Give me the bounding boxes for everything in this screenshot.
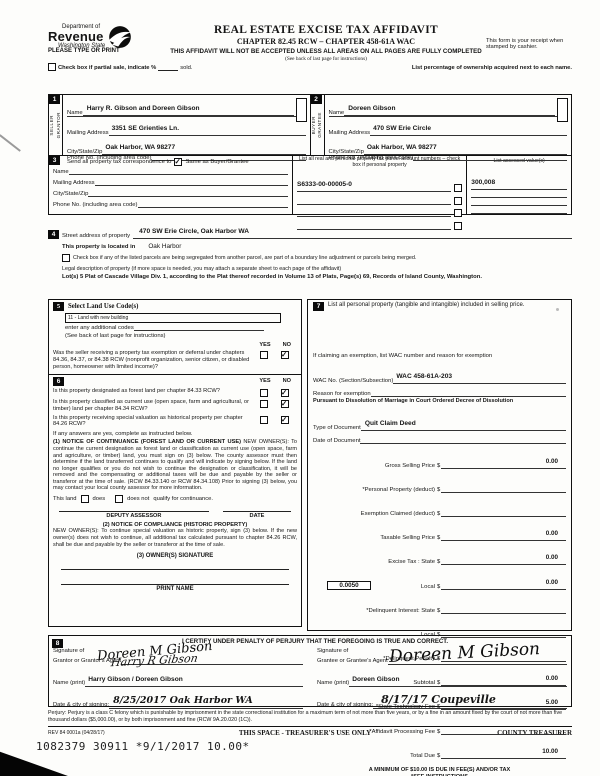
notice-compliance-body: NEW OWNER(S): To continue special valuat…	[53, 528, 297, 548]
currency-sign: $	[437, 729, 440, 735]
buyer-csz-field[interactable]: Oak Harbor, WA 98277	[364, 136, 567, 155]
total-due-field[interactable]: 10.00	[441, 740, 566, 759]
exemption-claim-note: If claiming an exemption, list WAC numbe…	[313, 353, 566, 359]
land-does-checkbox[interactable]	[81, 495, 89, 503]
buyer-mailing-field[interactable]: 470 SW Erie Circle	[370, 117, 567, 136]
ownership-note: List percentage of ownership acquired ne…	[412, 65, 572, 71]
assessed-field-2[interactable]	[471, 197, 567, 198]
personal-deduct-label: *Personal Property (deduct)	[313, 487, 435, 493]
gross-price-label: Gross Selling Price	[313, 463, 435, 469]
currency-sign: $	[437, 753, 440, 759]
notice-continuance-title: (1) NOTICE OF CONTINUANCE (FOREST LAND O…	[53, 439, 241, 445]
taxable-price-label: Taxable Selling Price	[313, 535, 435, 541]
seller-side-label: SELLERGRANTOR	[49, 95, 63, 155]
section-4-badge: 4	[48, 230, 59, 239]
minimum-due-note: A MINIMUM OF $10.00 IS DUE IN FEE(S) AND…	[313, 767, 566, 774]
street-address-field[interactable]: 470 SW Erie Circle, Oak Harbor WA	[133, 220, 572, 239]
form-body: 1 SELLERGRANTOR Name Harry R. Gibson and…	[48, 94, 572, 737]
excise-state-label: Excise Tax : State	[313, 559, 435, 565]
parcel-personal-checkbox-1[interactable]	[454, 184, 462, 192]
currency-sign: $	[437, 463, 440, 469]
land-use-section: 5 Select Land Use Code(s) 11 - Land with…	[49, 300, 301, 375]
processing-fee-label: *Affidavit Processing Fee	[313, 729, 435, 735]
forest-land-section: 6 YES NO Is this property designated as …	[49, 375, 301, 594]
property-address-section: 4 Street address of property 470 SW Erie…	[48, 215, 572, 287]
total-due-label: Total Due	[313, 753, 435, 759]
scan-artifact-dot	[556, 308, 559, 311]
exemption-deduct-field[interactable]	[441, 498, 566, 517]
seller-name-field[interactable]: Harry R. Gibson and Doreen Gibson	[83, 97, 294, 116]
grantee-signature-block: Doreen M Gibson Signature of Grantee or …	[311, 648, 567, 708]
corr-name-field[interactable]	[69, 174, 288, 175]
yes-header: YES	[259, 342, 270, 348]
excise-local-field[interactable]: 0.00	[441, 571, 566, 590]
forest-land-question: Is this property designated as forest la…	[53, 388, 254, 395]
buyer-side-label: BUYERGRANTEE	[311, 95, 325, 155]
buyer-phone-field[interactable]	[413, 160, 567, 161]
excise-state-field[interactable]: 0.00	[441, 546, 566, 565]
segregated-checkbox[interactable]	[62, 254, 70, 262]
form-title: REAL ESTATE EXCISE TAX AFFIDAVIT	[166, 24, 486, 36]
revenue-label: Revenue	[48, 30, 105, 43]
grantee-date-label: Date & city of signing:	[317, 702, 373, 709]
no-header-2: NO	[283, 378, 291, 384]
land-use-title: Select Land Use Code(s)	[68, 303, 138, 310]
seller-csz-field[interactable]: Oak Harbor, WA 98277	[102, 136, 305, 155]
delinquent-interest-state-label: *Delinquent Interest: State	[313, 608, 435, 614]
section-3-badge: 3	[49, 156, 60, 165]
street-address-label: Street address of property	[62, 233, 130, 239]
historical-question: Is this property receiving special valua…	[53, 415, 254, 429]
personal-deduct-field[interactable]	[441, 474, 566, 493]
this-land-label: This land	[53, 496, 77, 502]
reason-exemption-value[interactable]: Pursuant to Dissolution of Marriage in C…	[313, 398, 566, 404]
does-label: does	[93, 496, 106, 502]
buyer-section: 2 BUYERGRANTEE Name Doreen Gibson Mailin…	[311, 94, 573, 156]
q2-no-checkbox[interactable]	[281, 400, 289, 408]
grantee-print-field[interactable]: Doreen Gibson	[349, 668, 567, 687]
deputy-assessor-line[interactable]: DEPUTY ASSESSOR	[59, 511, 209, 519]
located-in-value[interactable]: Oak Harbor	[148, 243, 181, 250]
buyer-ownership-box[interactable]	[557, 98, 568, 122]
receipt-note: This form is your receipt when stamped b…	[486, 38, 572, 50]
doc-date-field[interactable]	[360, 443, 566, 444]
assessed-field-1[interactable]: 300,008	[471, 171, 567, 190]
assessed-field-3[interactable]	[471, 205, 567, 206]
seller-ownership-box[interactable]	[296, 98, 307, 122]
land-use-column: 5 Select Land Use Code(s) 11 - Land with…	[48, 299, 302, 627]
parcel-personal-checkbox-3[interactable]	[454, 209, 462, 217]
wac-field[interactable]: WAC 458-61A-203	[393, 365, 566, 384]
parcel-field-2[interactable]	[297, 204, 451, 205]
additional-codes-field[interactable]	[134, 330, 264, 331]
owners-signature-line[interactable]	[61, 569, 289, 570]
land-does-not-checkbox[interactable]	[115, 495, 123, 503]
if-yes-note: If any answers are yes, complete as inst…	[53, 431, 297, 437]
owners-signature-label: (3) OWNER(S) SIGNATURE	[53, 553, 297, 559]
print-name-label: PRINT NAME	[53, 586, 297, 592]
exemption-no-checkbox[interactable]	[281, 351, 289, 359]
parcel-personal-checkbox-4[interactable]	[454, 222, 462, 230]
section-6-badge: 6	[53, 377, 64, 386]
reason-exemption-field[interactable]	[371, 396, 566, 397]
partial-sale-percent-field[interactable]	[158, 70, 178, 71]
currency-sign: $	[437, 584, 440, 590]
personal-property-field[interactable]	[313, 311, 566, 353]
parcel-field-3[interactable]	[297, 216, 451, 217]
grantee-date-field[interactable]: 8/17/17 Coupeville	[373, 690, 567, 709]
section-7-badge: 7	[313, 302, 324, 311]
form-header: Department of Revenue Washington State P…	[48, 24, 572, 71]
corr-csz-label: City/State/Zip	[53, 191, 88, 197]
processing-fee-field[interactable]	[441, 716, 566, 735]
currency-sign: $	[437, 535, 440, 541]
exemption-deduct-label: Exemption Claimed (deduct)	[313, 511, 435, 517]
form-subtitle: CHAPTER 82.45 RCW – CHAPTER 458-61A WAC	[166, 37, 486, 46]
currency-sign: $	[437, 487, 440, 493]
grantor-print-field[interactable]: Harry Gibson / Doreen Gibson	[85, 668, 303, 687]
see-back-note-2: (See back of last page for instructions)	[65, 333, 297, 339]
notice-continuance-body: NEW OWNER(S): To continue the current de…	[53, 439, 297, 491]
assessed-field-4[interactable]	[471, 213, 567, 214]
corr-phone-label: Phone No. (including area code)	[53, 202, 138, 208]
dor-logo: Department of Revenue Washington State P…	[48, 24, 166, 54]
reason-exemption-label: Reason for exemption	[313, 391, 371, 397]
legal-description-value[interactable]: Lot(s) 5 Plat of Cascade Village Div. 1,…	[62, 274, 522, 281]
section-5-badge: 5	[53, 302, 64, 311]
tax-correspondence-section: 3 Send all property tax correspondence t…	[48, 156, 572, 215]
print-name-line[interactable]	[61, 584, 289, 585]
affidavit-page: Department of Revenue Washington State P…	[0, 0, 600, 776]
seller-mailing-field[interactable]: 3351 SE Grienties Ln.	[109, 117, 306, 136]
q2-yes-checkbox[interactable]	[260, 400, 268, 408]
exemption-question: Was the seller receiving a property tax …	[53, 350, 254, 371]
please-type-label: PLEASE TYPE OR PRINT	[48, 48, 166, 54]
does-not-label: does not	[127, 496, 149, 502]
located-in-label: This property is located in	[62, 244, 135, 250]
sold-label: sold.	[180, 65, 192, 71]
currency-sign: $	[437, 608, 440, 614]
gross-price-field[interactable]: 0.00	[441, 450, 566, 469]
q3-no-checkbox[interactable]	[281, 416, 289, 424]
legal-description-label: Legal description of property (if more s…	[62, 266, 341, 272]
currency-sign: $	[437, 511, 440, 517]
corr-mailing-field[interactable]	[95, 185, 288, 186]
personal-property-label: List all personal property (tangible and…	[328, 302, 548, 311]
send-correspondence-label: Send all property tax correspondence to	[67, 159, 171, 165]
grantor-signature-block: Doreen M Gibson Harry R Gibson Signature…	[53, 648, 311, 708]
exemption-yes-checkbox[interactable]	[260, 351, 268, 359]
notice-compliance-title: (2) NOTICE OF COMPLIANCE (HISTORIC PROPE…	[103, 522, 248, 528]
local-rate-box[interactable]: 0.0050	[327, 581, 371, 590]
q1-yes-checkbox[interactable]	[260, 389, 268, 397]
currency-sign: $	[437, 559, 440, 565]
section-2-badge: 2	[311, 95, 322, 104]
current-use-question: Is this property classified as current u…	[53, 399, 254, 413]
partial-sale-label: Check box if partial sale, indicate %	[58, 65, 156, 71]
deputy-date-line[interactable]: DATE	[223, 511, 291, 519]
q3-yes-checkbox[interactable]	[260, 416, 268, 424]
form-rev-number: REV 84 0001a (04/28/17)	[48, 730, 168, 736]
form-warning: THIS AFFIDAVIT WILL NOT BE ACCEPTED UNLE…	[166, 48, 486, 55]
segregated-label: Check box if any of the listed parcels a…	[73, 255, 416, 261]
corr-mailing-label: Mailing Address	[53, 180, 95, 186]
parcel-field-1[interactable]: S6333-00-00005-0	[297, 173, 451, 192]
delinquent-interest-state-field[interactable]	[441, 595, 566, 614]
no-header: NO	[283, 342, 291, 348]
doc-date-label: Date of Document	[313, 438, 360, 444]
parcel-personal-checkbox-2[interactable]	[454, 197, 462, 205]
treasurer-receipt-stamp: 1082379 30911 *9/1/2017 10.00*	[36, 740, 250, 753]
buyer-phone-label: Phone No. (including area code)	[329, 155, 414, 161]
see-back-note: (See back of last page for instructions)	[166, 56, 486, 62]
corr-name-label: Name	[53, 169, 69, 175]
grantor-date-field[interactable]: 8/25/2017 Oak Harbor WA	[109, 690, 303, 709]
grantor-print-label: Name (print)	[53, 680, 85, 687]
same-as-buyer-checkbox[interactable]	[174, 158, 182, 166]
q1-no-checkbox[interactable]	[281, 389, 289, 397]
grantee-agent-label: Grantee or Grantee's Agent	[317, 658, 388, 665]
personal-property-column: 7 List all personal property (tangible a…	[307, 299, 572, 631]
wac-label: WAC No. (Section/Subsection)	[313, 378, 393, 384]
land-use-code-field[interactable]: 11 - Land with new building	[65, 313, 281, 323]
taxable-price-field[interactable]: 0.00	[441, 522, 566, 541]
yes-header-2: YES	[259, 378, 270, 384]
corr-csz-field[interactable]	[88, 196, 288, 197]
signature-section: 8 I CERTIFY UNDER PENALTY OF PERJURY THA…	[48, 635, 572, 707]
doc-type-field[interactable]: Quit Claim Deed	[361, 412, 566, 431]
scan-artifact-slash	[0, 134, 21, 152]
partial-sale-checkbox[interactable]	[48, 63, 56, 71]
section-1-badge: 1	[49, 95, 60, 104]
grantor-date-label: Date & city of signing:	[53, 702, 109, 709]
corr-phone-field[interactable]	[138, 207, 288, 208]
grantee-print-label: Name (print)	[317, 680, 349, 687]
same-as-buyer-label: Same as Buyer/Grantee	[185, 159, 248, 165]
seller-section: 1 SELLERGRANTOR Name Harry R. Gibson and…	[48, 94, 311, 156]
section-8-badge: 8	[52, 639, 63, 648]
additional-codes-label: enter any additional codes	[65, 325, 134, 331]
doc-type-label: Type of Document	[313, 425, 361, 431]
qualify-label: qualify for continuance.	[153, 496, 213, 502]
buyer-name-field[interactable]: Doreen Gibson	[344, 97, 555, 116]
